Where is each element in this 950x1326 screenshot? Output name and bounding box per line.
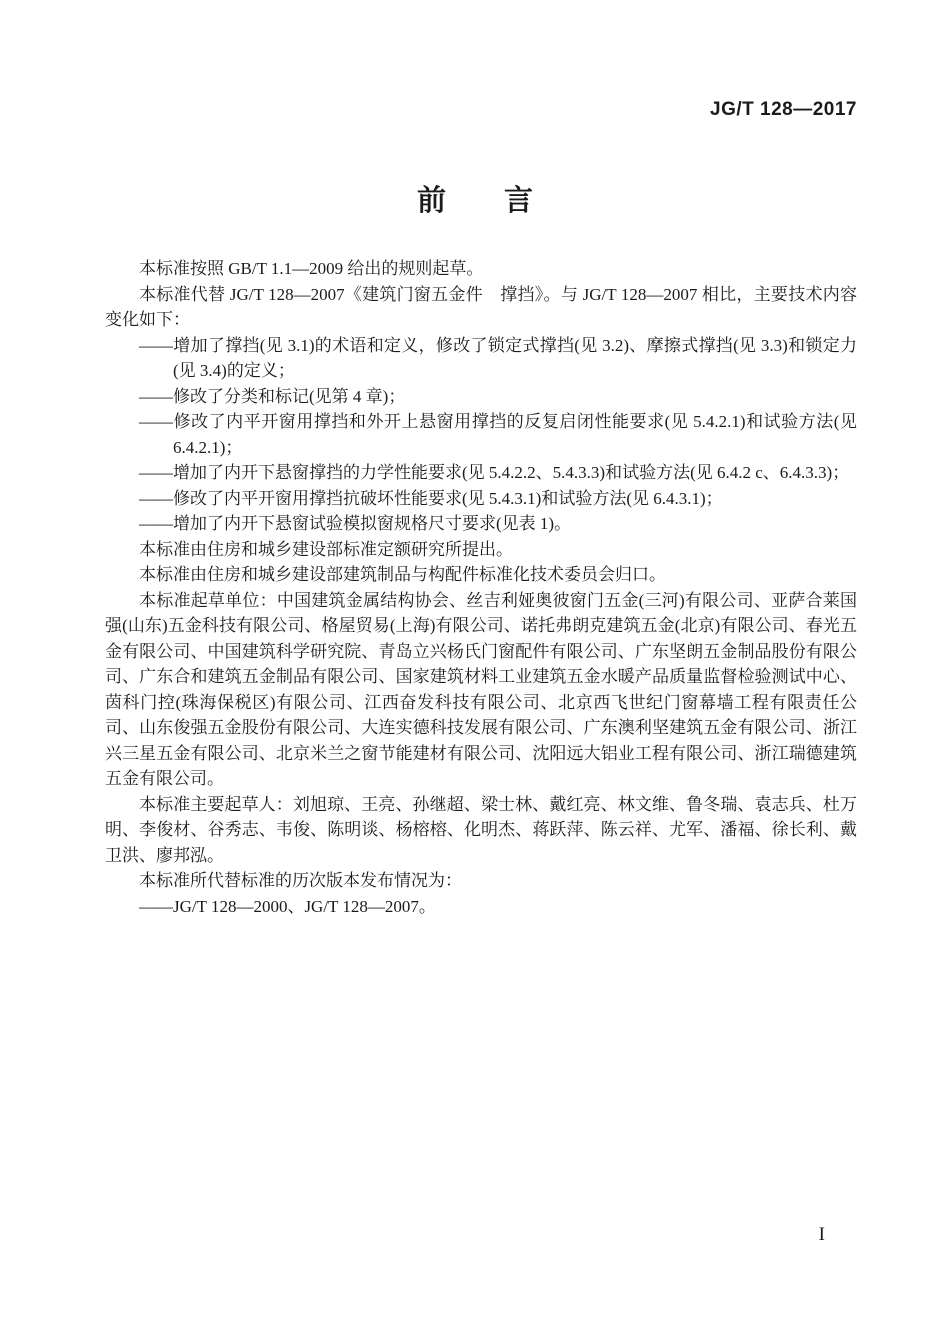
foreword-paragraph: 本标准起草单位：中国建筑金属结构协会、丝吉利娅奥彼窗门五金(三河)有限公司、亚萨… bbox=[105, 588, 857, 792]
foreword-paragraph: ——增加了内开下悬窗试验模拟窗规格尺寸要求(见表 1)。 bbox=[105, 511, 857, 537]
foreword-paragraph: 本标准按照 GB/T 1.1—2009 给出的规则起草。 bbox=[105, 256, 857, 282]
foreword-paragraph: 本标准由住房和城乡建设部建筑制品与构配件标准化技术委员会归口。 bbox=[105, 562, 857, 588]
foreword-paragraph: ——JG/T 128—2000、JG/T 128—2007。 bbox=[105, 894, 857, 920]
foreword-paragraph: 本标准所代替标准的历次版本发布情况为： bbox=[105, 868, 857, 894]
foreword-paragraph: 本标准主要起草人：刘旭琼、王亮、孙继超、梁士林、戴红亮、林文维、鲁冬瑞、袁志兵、… bbox=[105, 792, 857, 869]
page-title: 前 言 bbox=[0, 178, 950, 219]
foreword-paragraph: 本标准代替 JG/T 128—2007《建筑门窗五金件 撑挡》。与 JG/T 1… bbox=[105, 282, 857, 333]
foreword-paragraph: ——增加了撑挡(见 3.1)的术语和定义，修改了锁定式撑挡(见 3.2)、摩擦式… bbox=[105, 333, 857, 384]
foreword-paragraph: ——修改了内平开窗用撑挡抗破坏性能要求(见 5.4.3.1)和试验方法(见 6.… bbox=[105, 486, 857, 512]
foreword-paragraph: ——修改了内平开窗用撑挡和外开上悬窗用撑挡的反复启闭性能要求(见 5.4.2.1… bbox=[105, 409, 857, 460]
foreword-paragraph: 本标准由住房和城乡建设部标准定额研究所提出。 bbox=[105, 537, 857, 563]
standard-code: JG/T 128—2017 bbox=[710, 99, 857, 121]
page-number: I bbox=[819, 1224, 825, 1246]
document-page: JG/T 128—2017 前 言 本标准按照 GB/T 1.1—2009 给出… bbox=[0, 0, 950, 1326]
foreword-body: 本标准按照 GB/T 1.1—2009 给出的规则起草。本标准代替 JG/T 1… bbox=[105, 256, 857, 919]
foreword-paragraph: ——修改了分类和标记(见第 4 章)； bbox=[105, 384, 857, 410]
foreword-paragraph: ——增加了内开下悬窗撑挡的力学性能要求(见 5.4.2.2、5.4.3.3)和试… bbox=[105, 460, 857, 486]
